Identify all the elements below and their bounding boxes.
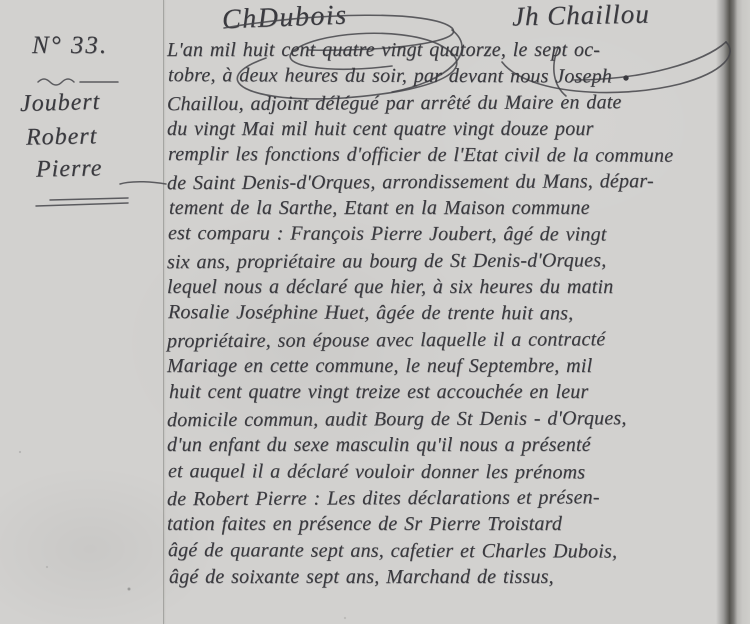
body-line: remplir les fonctions d'officier de l'Et…: [168, 141, 730, 169]
margin-double-underline-icon: [34, 196, 132, 210]
body-line: lequel nous a déclaré que hier, à six he…: [167, 274, 729, 300]
body-line: tation faites en présence de Sr Pierre T…: [167, 511, 729, 537]
body-line: du vingt Mai mil huit cent quatre vingt …: [167, 116, 729, 142]
margin-firstname-1: Robert: [26, 123, 98, 151]
body-line: L'an mil huit cent quatre vingt quatorze…: [167, 37, 729, 63]
body-line: propriétaire, son épouse avec laquelle i…: [167, 326, 729, 355]
body-line: Chaillou, adjoint délégué par arrêté du …: [167, 88, 729, 117]
body-line: de Saint Denis-d'Orques, arrondissement …: [167, 167, 729, 196]
body-line: Rosalie Joséphine Huet, âgée de trente h…: [168, 300, 730, 328]
margin-rule-line: [163, 0, 164, 624]
body-line: est comparu : François Pierre Joubert, â…: [168, 221, 730, 249]
body-line: huit cent quatre vingt treize est accouc…: [169, 379, 731, 405]
body-line: tobre, à deux heures du soir, par devant…: [168, 62, 730, 90]
body-line: âgé de quarante sept ans, cafetier et Ch…: [168, 537, 730, 565]
body-line: tement de la Sarthe, Etant en la Maison …: [169, 195, 731, 221]
register-page-scan: ChDubois Jh Chaillou N° 33. Joubert Robe…: [0, 0, 750, 624]
body-line: six ans, propriétaire au bourg de St Den…: [167, 247, 729, 276]
margin-firstname-2: Pierre: [36, 155, 103, 183]
act-body-text: L'an mil huit cent quatre vingt quatorze…: [167, 37, 729, 590]
pen-tail-flourish-icon: [118, 178, 168, 188]
body-line: domicile commun, audit Bourg de St Denis…: [167, 405, 729, 434]
act-number: N° 33.: [32, 32, 108, 60]
body-line: et auquel il a déclaré vouloir donner le…: [168, 458, 730, 486]
separator-squiggle-icon: [36, 74, 122, 88]
signature-chaillou: Jh Chaillou: [512, 0, 650, 32]
margin-surname: Joubert: [20, 89, 101, 118]
body-line: Mariage en cette commune, le neuf Septem…: [167, 353, 729, 379]
body-line: âgé de soixante sept ans, Marchand de ti…: [169, 564, 731, 590]
body-line: d'un enfant du sexe masculin qu'il nous …: [167, 432, 729, 458]
body-line: de Robert Pierre : Les dites déclaration…: [167, 484, 729, 513]
